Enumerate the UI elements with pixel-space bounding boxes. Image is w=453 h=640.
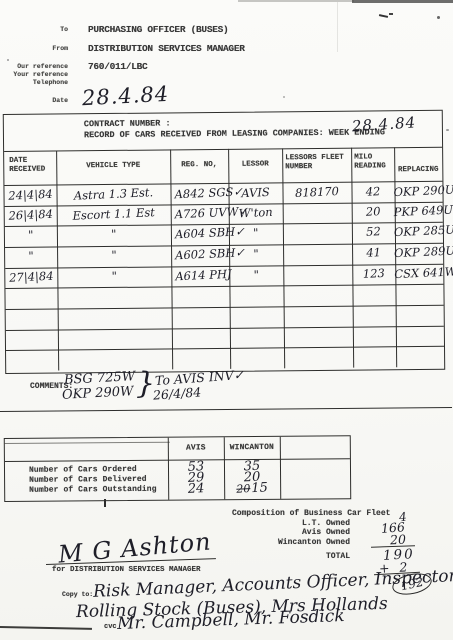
scan-artifact <box>352 0 453 3</box>
your-reference-label: Your reference <box>8 71 68 78</box>
row-vehicle-ditto: " <box>59 267 170 286</box>
row-lessor: AVIS <box>230 184 281 200</box>
row-vehicle: Astra 1.3 Est. <box>58 185 169 204</box>
fleet-item-label: Wincanton Owned <box>240 538 350 547</box>
summary-final-value: 15 <box>251 480 268 496</box>
scan-artifact <box>0 626 92 630</box>
from-value: DISTRIBUTION SERVICES MANAGER <box>88 43 245 54</box>
row-vehicle-ditto: " <box>59 246 170 265</box>
copy-to-line-3-prefix: cvc <box>104 623 117 631</box>
row-date-ditto: " <box>7 227 56 243</box>
scan-artifact <box>437 16 440 19</box>
date-handwritten: 28.4.84 <box>81 82 169 111</box>
col-header-lessors-fleet-number: LESSORS FLEET NUMBER <box>285 154 351 173</box>
summary-col-wincanton: WINCANTON <box>224 443 280 452</box>
summary-value: 24 <box>168 480 225 497</box>
row-lessor: W'ton <box>230 204 281 220</box>
to-label: To <box>8 26 68 33</box>
row-replacing: OKP 289U <box>394 244 447 260</box>
row-reg: A602 SBH✓ <box>173 246 234 263</box>
scan-artifact <box>7 59 9 61</box>
row-replacing: OKP 290U <box>393 183 446 199</box>
to-value: PURCHASING OFFICER (BUSES) <box>88 24 228 35</box>
from-label: From <box>8 45 68 52</box>
row-date-ditto: " <box>7 248 56 264</box>
row-line <box>6 305 444 310</box>
record-title-line: RECORD OF CARS RECEIVED FROM LEASING COM… <box>84 127 385 140</box>
col-header-reg-no: REG. NO, <box>170 161 228 171</box>
col-header-lessor: LESSOR <box>228 160 282 170</box>
table-top-line <box>4 147 442 152</box>
row-line <box>6 346 444 351</box>
col-header-date-received: DATE RECEIVED <box>9 157 55 175</box>
row-milo: 42 <box>351 184 395 200</box>
row-lessor-ditto: " <box>231 245 282 261</box>
fleet-title: Composition of Business Car Fleet <box>232 509 390 518</box>
row-lessor-ditto: " <box>231 266 282 282</box>
record-table-box: CONTRACT NUMBER : RECORD OF CARS RECEIVE… <box>3 110 445 374</box>
row-date: 26|4|84 <box>6 207 55 223</box>
scan-artifact <box>446 129 449 131</box>
our-reference-label: Our reference <box>8 63 68 70</box>
row-vehicle-ditto: " <box>59 225 170 244</box>
row-date: 27|4|84 <box>7 269 56 285</box>
row-reg: A842 SGS✓ <box>172 185 233 202</box>
fleet-item-label: Avis Owned <box>240 528 350 537</box>
summary-struck-value: 20 <box>236 482 251 496</box>
row-line <box>6 326 444 331</box>
summary-partial-line <box>5 442 170 444</box>
summary-row-label: Number of Cars Outstanding <box>29 485 156 495</box>
row-vehicle: Escort 1.1 Est <box>58 205 169 224</box>
row-lessor-ditto: " <box>231 224 282 240</box>
col-header-milo-reading: MILO READING <box>354 153 394 171</box>
row-reg: A614 PHJ <box>173 267 234 284</box>
scan-artifact <box>337 2 338 52</box>
row-replacing: PKP 649U <box>393 203 446 219</box>
row-reg: A604 SBH✓ <box>173 225 234 242</box>
row-milo: 123 <box>352 266 396 282</box>
summary-row-label: Number of Cars Ordered <box>29 465 137 475</box>
comments-bottom-line <box>0 407 452 412</box>
scan-artifact <box>283 96 285 98</box>
scan-artifact <box>389 13 393 15</box>
date-label: Date <box>8 97 68 104</box>
fleet-total-label: TOTAL <box>240 552 350 561</box>
row-milo: 20 <box>351 204 395 220</box>
row-milo: 52 <box>352 224 396 240</box>
our-reference-value: 760/011/LBC <box>88 61 147 72</box>
row-milo: 41 <box>352 245 396 261</box>
row-date: 24|4|84 <box>6 187 55 203</box>
summary-row-label: Number of Cars Delivered <box>29 475 147 485</box>
fleet-item-label: L.T. Owned <box>240 519 350 528</box>
row-replacing: OKP 285U <box>394 223 447 239</box>
col-header-replacing: REPLACING <box>394 166 442 175</box>
scan-artifact <box>379 14 388 18</box>
cars-summary-table: AVIS WINCANTON Number of Cars Ordered Nu… <box>4 435 351 502</box>
row-replacing: CSX 641W <box>394 265 447 281</box>
telephone-label: Telephone <box>8 79 68 86</box>
summary-col-avis: AVIS <box>168 443 224 452</box>
col-header-vehicle-type: VEHICLE TYPE <box>56 161 170 171</box>
summary-value-corrected: 2015 <box>224 480 281 497</box>
signature-for-line: for DISTRIBUTION SERVICES MANAGER <box>52 566 201 574</box>
week-ending-handwritten: 28.4.84 <box>351 113 416 135</box>
comments-note-2: 26/4/84 <box>153 384 202 402</box>
row-reg: A726 UVW✓ <box>172 205 233 222</box>
row-fleet-number: 818170 <box>282 183 352 200</box>
copy-to-label: Copy to: <box>62 591 93 598</box>
contract-number-line: CONTRACT NUMBER : <box>84 118 171 129</box>
comments-reg-2: OKP 290W <box>62 384 134 403</box>
scanned-memo-page: To PURCHASING OFFICER (BUSES) From DISTR… <box>0 0 453 640</box>
